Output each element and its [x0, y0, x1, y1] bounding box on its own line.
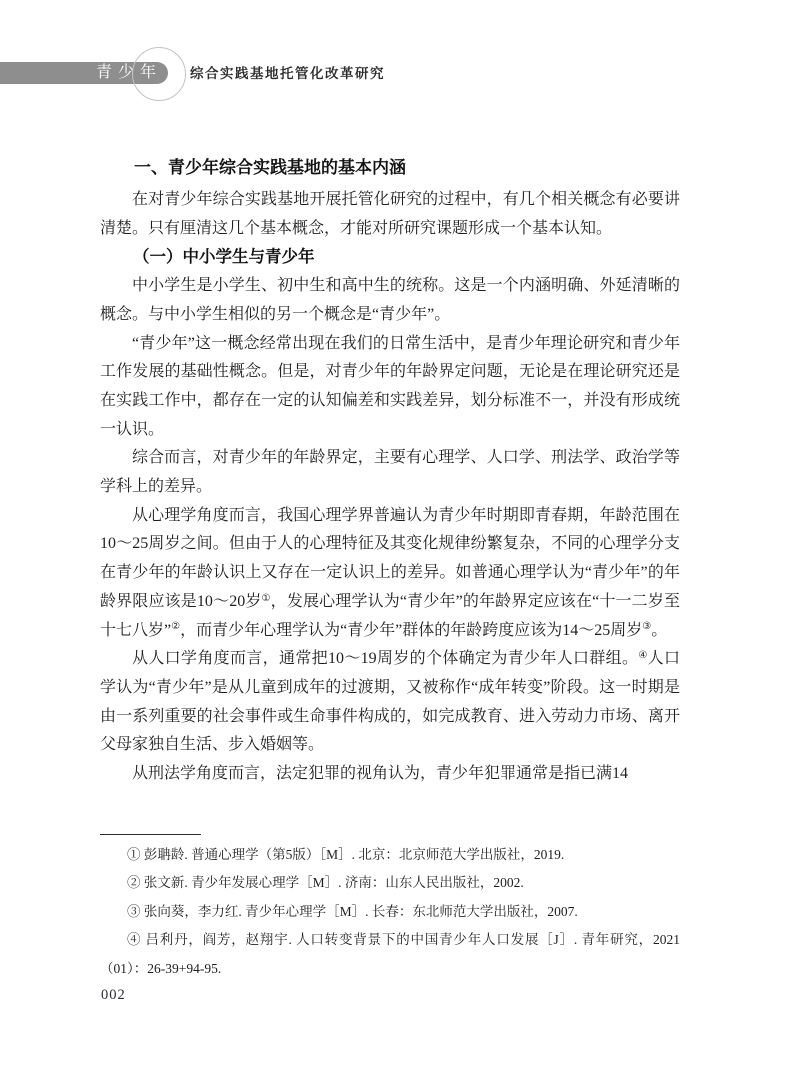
decorative-circle-icon: [132, 47, 186, 101]
text-run: 一、青少年综合实践基地的基本内涵: [134, 158, 406, 177]
footnote-separator: [100, 834, 201, 835]
book-title: 综合实践基地托管化改革研究: [190, 62, 385, 84]
text-run: （一）中小学生与青少年: [133, 248, 315, 266]
text-run: 从刑法学角度而言，法定犯罪的视角认为，青少年犯罪通常是指已满14: [132, 765, 628, 782]
text-run: 在对青少年综合实践基地开展托管化研究的过程中，有几个相关概念有必要讲清楚。只有厘…: [100, 191, 680, 237]
page-body: 一、青少年综合实践基地的基本内涵在对青少年综合实践基地开展托管化研究的过程中，有…: [100, 153, 680, 789]
text-run: ，而青少年心理学认为“青少年”群体的年龄跨度应该为14～25周岁: [180, 622, 642, 639]
text-run: 从人口学角度而言，通常把10～19周岁的个体确定为青少年人口群组。: [132, 650, 638, 667]
paragraph: 在对青少年综合实践基地开展托管化研究的过程中，有几个相关概念有必要讲清楚。只有厘…: [100, 186, 680, 243]
paragraph: 从人口学角度而言，通常把10～19周岁的个体确定为青少年人口群组。④人口学认为“…: [100, 645, 680, 760]
footnote-ref: ③: [642, 621, 651, 632]
text-run: 中小学生是小学生、初中生和高中生的统称。这是一个内涵明确、外延清晰的概念。与中小…: [100, 277, 680, 323]
paragraph: 中小学生是小学生、初中生和高中生的统称。这是一个内涵明确、外延清晰的概念。与中小…: [100, 272, 680, 329]
footnote-list: ① 彭聃龄. 普通心理学（第5版）［M］. 北京：北京师范大学出版社，2019.…: [100, 841, 680, 983]
text-run: “青少年”这一概念经常出现在我们的日常生活中，是青少年理论研究和青少年工作发展的…: [100, 335, 680, 438]
section-heading: 一、青少年综合实践基地的基本内涵: [100, 153, 680, 182]
page-number: 002: [101, 987, 126, 1004]
text-run: 综合而言，对青少年的年龄界定，主要有心理学、人口学、刑法学、政治学等学科上的差异…: [100, 449, 680, 495]
subsection-heading: （一）中小学生与青少年: [100, 243, 680, 272]
footnote: ④ 吕利丹，阎芳，赵翔宇. 人口转变背景下的中国青少年人口发展［J］. 青年研究…: [100, 926, 680, 983]
footnote-ref: ①: [262, 593, 271, 604]
text-run: 。: [651, 622, 667, 639]
footnote: ③ 张向葵，李力红. 青少年心理学［M］. 长春：东北师范大学出版社，2007.: [100, 898, 680, 926]
footnote-ref: ②: [171, 621, 180, 632]
footnote: ① 彭聃龄. 普通心理学（第5版）［M］. 北京：北京师范大学出版社，2019.: [100, 841, 680, 869]
paragraph: 从心理学角度而言，我国心理学界普遍认为青少年时期即青春期，年龄范围在10～25周…: [100, 502, 680, 646]
footnote: ② 张文新. 青少年发展心理学［M］. 济南：山东人民出版社，2002.: [100, 869, 680, 897]
paragraph: “青少年”这一概念经常出现在我们的日常生活中，是青少年理论研究和青少年工作发展的…: [100, 330, 680, 445]
footnotes-section: ① 彭聃龄. 普通心理学（第5版）［M］. 北京：北京师范大学出版社，2019.…: [100, 834, 680, 983]
book-page: 青少年 综合实践基地托管化改革研究 一、青少年综合实践基地的基本内涵在对青少年综…: [0, 0, 799, 1073]
paragraph: 综合而言，对青少年的年龄界定，主要有心理学、人口学、刑法学、政治学等学科上的差异…: [100, 444, 680, 501]
footnote-ref: ④: [638, 650, 647, 661]
paragraph: 从刑法学角度而言，法定犯罪的视角认为，青少年犯罪通常是指已满14: [100, 760, 680, 789]
